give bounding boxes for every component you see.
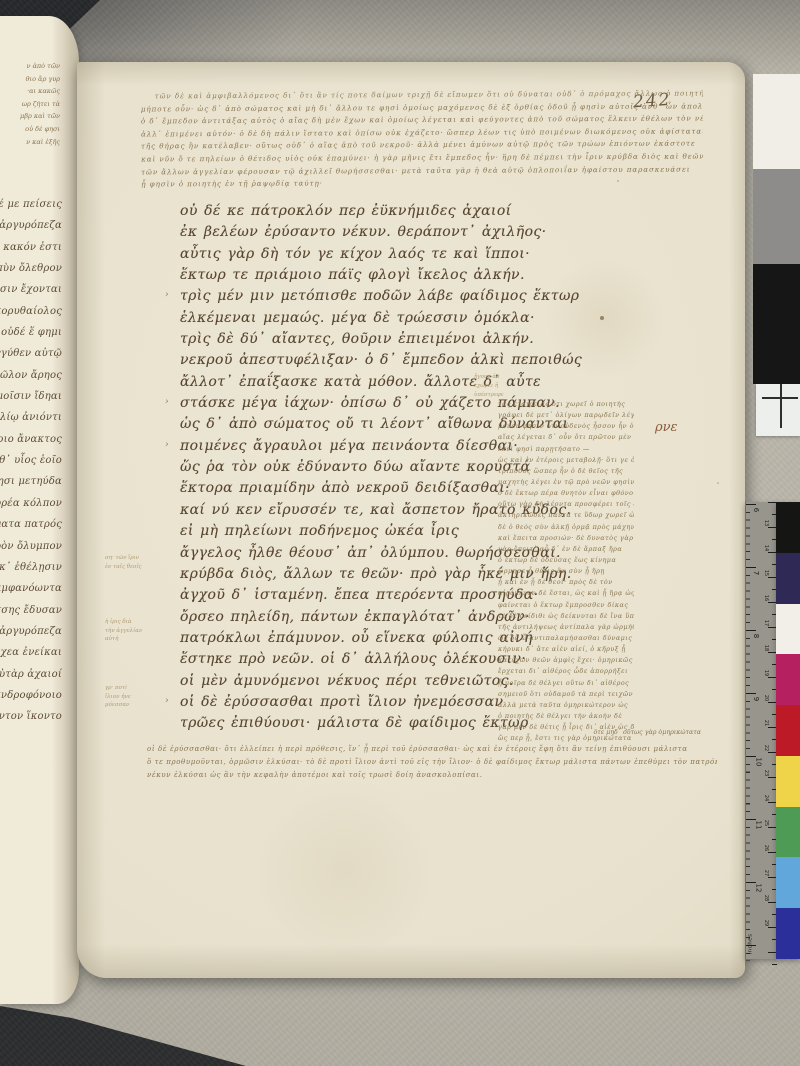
color-patch-magenta (776, 654, 800, 705)
color-calibration-bar (776, 502, 800, 959)
verse-line: ὥς ῥα τὸν οὐκ ἐδύναντο δύω αἴαντε κορυστ… (180, 457, 540, 478)
verse-line: εἰ μὴ πηλείωνι ποδήνεμος ὠκέα ἶρις (180, 521, 540, 542)
left-margin-gloss-2: ἡ ἶρις διὰτὴν ἀγγελίαναὐτή (105, 618, 167, 644)
diple-mark: › (165, 696, 169, 706)
right-scholia-line: ὡς καὶ ἐν ἑτέροις μεταβολῇ· ὅτι γε ὁ θεῖ… (498, 455, 634, 466)
verse-fragment-line: χνην αἴ κ᾽ ἐθέλῃσιν (0, 557, 62, 578)
ruler-cm-number: 25 (763, 820, 769, 826)
left-margin-gloss-3: γρ· ποτὶἴλιον ἠνεμόεσσαν (105, 684, 167, 710)
registration-target (756, 384, 800, 436)
color-patch-black (776, 502, 800, 553)
ruler-cm-number: 13 (763, 520, 769, 526)
ruler-cm-number: 18 (763, 645, 769, 651)
right-scholia-line: γράφει δὲ μετ᾽ ὀλίγων παρῳδεῖν λέγων (498, 410, 634, 421)
ruler-inch-number: 11 (754, 821, 762, 830)
right-scholia-line: ἐπεὶ φησὶ παρῃτήσατο — (498, 444, 634, 455)
ruler-cm-number: 14 (763, 545, 769, 551)
verse-fragment-line: περ· οὐδέ με πείσεις. (0, 194, 62, 215)
bottom-scholia-catchline: ὅτε μηδ᾽ οὕτως γὰρ ὁμηρικώτατα (525, 729, 701, 736)
right-margin-scholia: τὰς ἑταιρείας ὅτι χωρεῖ ὁ ποιητὴςγράφει … (498, 399, 634, 744)
verse-line: ὄρσεο πηλείδη, πάντων ἐκπαγλότατ᾽ ἀνδρῶν… (180, 607, 540, 628)
top-scholia-line: ᾗ φησὶν ὁ ποιητὴς ἐν τῇ ῥαψῳδίᾳ ταύτῃ· (141, 176, 703, 192)
right-scholia-line: γὰρ ἔπειτ᾽ αὖ δ᾽ ἐν δὲ ἅρπαξ ἥρα (498, 544, 634, 555)
margin-gloss-line: ἐν ταῖς θεοῖς (105, 563, 167, 572)
verse-fragment-line: φόνος ἐγγύθεν αὐτῷ (0, 343, 62, 364)
verse-line: ἕστηκε πρὸ νεῶν. οἱ δ᾽ ἀλλήλους ὀλέκουσι… (180, 649, 540, 670)
bottom-scholia-line: οἱ δὲ ἐρύσσασθαι· ὅτι ἐλλείπει ἡ περὶ πρ… (147, 743, 717, 756)
iliad-verse-block: οὐ δέ κε πάτροκλόν περ ἐϋκνήμιδες ἀχαιοί… (180, 201, 540, 735)
color-patch-dark-blue (776, 908, 800, 959)
right-scholia-line: ἀλλὰ μετὰ ταῦτα ὁμηρικώτερον ὡς (498, 700, 634, 711)
right-scholia-line: μαχητὴς λέγει ἐν τῷ πρὸ νεῶν φησὶν (498, 477, 634, 488)
ruler-unit-label: Inches (747, 934, 753, 955)
ruler-cm-number: 21 (763, 720, 769, 726)
right-scholia-line: ἀκτηρικῶδες πάντα τε ὕδωρ χωρεῖ ὡς (498, 510, 634, 521)
scholia-fragment-line: οὐ δέ φησι (0, 123, 60, 136)
margin-gloss-line: μόεσσαν (105, 701, 167, 710)
grayscale-step-black (753, 264, 800, 384)
right-scholia-line: αἰρόμενον δὲ ἔσται, ὡς καὶ ᾗ ἥρᾳ ὡς (498, 588, 634, 599)
diple-mark: › (165, 397, 169, 407)
scholia-fragment-line: ωρ ζήτει τὰ (0, 98, 60, 111)
verse-fragment-line: μεν αἰπὺν ὄλεθρον (0, 258, 62, 279)
verse-fragment-line: ται· οὐδέ ἕ φημι (0, 322, 62, 343)
verse-line: τρὶς δὲ δύ᾽ αἴαντες, θοῦριν ἐπιειμένοι ἀ… (180, 329, 540, 350)
verse-fragment-line: καὶ δώματα πατρός (0, 514, 62, 535)
verse-fragment-line: ἅμ᾽ ἠελίῳ ἀνιόντι (0, 407, 62, 428)
verse-line: κρύβδα διὸς, ἄλλων τε θεῶν· πρὸ γὰρ ἧκέ … (180, 564, 540, 585)
ruler-cm-number: 22 (763, 745, 769, 751)
margin-gloss-line: ἡ ἶρις διὰ (105, 618, 167, 627)
margin-gloss-line: τὴν ἀγγελίαν (105, 627, 167, 636)
margin-gloss-line: αὐτή (105, 635, 167, 644)
right-scholia-line: οὕτω γὰρ δὴ λέοντα προσφέρει τοῖς δ᾽ (498, 499, 634, 510)
right-scholia-line: μόνον φησὶν ὅτι οὐδενὸς ἧσσον ἦν ὁ (498, 421, 634, 432)
verse-fragment-line: θαλάσσης ἔδυσαν· (0, 600, 62, 621)
ruler-cm-number: 26 (763, 845, 769, 851)
verse-line: ἕκτορα πριαμίδην ἀπὸ νεκροῦ δειδίξασθαι· (180, 478, 540, 499)
right-scholia-line: ὁ ἕκτωρ δὲ ὀδεύσας ἕως κίνημα (498, 555, 634, 566)
manuscript-photo: ν ἀπὸ τῶνθιο ἄρ γυραι κακῶς·ωρ ζήτει τὰμ… (0, 0, 800, 1066)
right-scholia-line: κήρυκι δ᾽ ἅτε αἰὲν αἰεί, ὁ κῆρυξ ᾗ (498, 644, 634, 655)
right-scholia-line: ἔρχεται δι᾽ αἰθέρος ὧδε ἀπορρήξει (498, 666, 634, 677)
gloss-line: εχώρει ἢ (474, 382, 524, 391)
verse-fragment-line: μὲν κορυθαίολος (0, 301, 62, 322)
right-scholia-line: ὥρμησε ᾗ θέτις ἂν σὺν ᾗ ἥρῃ (498, 566, 634, 577)
verse-fragment-line: τεύχεα παμφανόωντα (0, 578, 62, 599)
verse-fragment-line: ιν τράπεθ᾽ υἷος ἑοῖο (0, 450, 62, 471)
verse-line: ἕκτωρ τε πριάμοιο πάϊς φλογὶ ἴκελος ἀλκή… (180, 265, 540, 286)
right-scholia-line: ὁ δὲ ἕκτωρ πέρα θνητὸν εἶναι φθόνος· (498, 488, 634, 499)
ruler-cm-number: 27 (763, 870, 769, 876)
gloss-line: ἤγουν ἀπ (474, 373, 524, 382)
right-scholia-line: κατέχων θεῶν ἀμφὶς ἔχει· ὁμηρικῶς (498, 655, 634, 666)
margin-gloss-line: ση· τῶν ἵριν (105, 554, 167, 563)
ruler-inch-number: 9 (752, 697, 760, 701)
ruler-inch-number: 8 (752, 634, 760, 638)
margin-gloss-line: γρ· ποτὶ (105, 684, 167, 693)
scholia-fragment-line: ν ἀπὸ τῶν (0, 60, 60, 73)
ruler-cm-number: 17 (763, 620, 769, 626)
color-patch-green (776, 807, 800, 858)
right-scholia-line: φαίνεται ὁ ἕκτωρ ἔμπροσθεν δίκας (498, 600, 634, 611)
right-scholia-line: δὲ ὁ θεὸς σὺν ἀλκῇ ὁρμᾷ πρὸς μάχην (498, 522, 634, 533)
scholia-fragment-line: μβρ καὶ τῶν (0, 110, 60, 123)
verse-fragment-line: ἕκτορος ἀνδροφόνοιο (0, 685, 62, 706)
photographic-ruler: Inches 678910111213141516171819202122232… (745, 502, 777, 959)
verse-fragment-line: θεὰ θέτις ἀργυρόπεζα· (0, 215, 62, 236)
verse-line: πατρόκλωι ἐπάμυνον. οὗ εἵνεκα φύλοπις αἰ… (180, 628, 540, 649)
backdrop-black-corner-bottom (0, 996, 250, 1066)
verse-fragment-line: ρ᾽ ἡφαίστοιο ἄνακτος (0, 429, 62, 450)
color-patch-light-blue (776, 857, 800, 908)
facing-page-verse-fragments: περ· οὐδέ με πείσεις.θεὰ θέτις ἀργυρόπεζ… (0, 194, 62, 728)
color-patch-yellow (776, 756, 800, 807)
right-scholia-line: ᾗ καὶ ἐν ᾗ δὲ θεοί· πρὸς δὲ τὸν (498, 577, 634, 588)
right-scholia-line: τὰς ἑταιρείας ὅτι χωρεῖ ὁ ποιητὴς (498, 399, 634, 410)
right-scholia-line: τῆς ἀντιλήψεως ἀντίπαλα γὰρ ὡρμήθη (498, 622, 634, 633)
right-scholia-line: σημειοῦ ὅτι οὐδαμοῦ τὰ περὶ τειχῶν (498, 689, 634, 700)
diple-mark: › (165, 440, 169, 450)
ruler-cm-number: 20 (763, 695, 769, 701)
verse-line: οὐ δέ κε πάτροκλόν περ ἐϋκνήμιδες ἀχαιοί (180, 201, 540, 222)
top-scholia-block: τῶν δὲ καὶ ἀμφιβαλλόμενος δι᾽ ὅτι ἂν τίς… (141, 88, 704, 192)
margin-gloss-line: ἴλιον ἠνε (105, 693, 167, 702)
scholia-fragment-line: αι κακῶς· (0, 85, 60, 98)
scholia-fragment-line: ν καὶ ἑξῆς (0, 136, 60, 149)
registration-cross-icon (780, 384, 782, 428)
color-patch-white (776, 604, 800, 655)
verse-fragment-line: ὀφθαλμοῖσιν ἴδηαι· (0, 386, 62, 407)
folio-number-greek: ρνε (655, 420, 678, 435)
grayscale-calibration-strip (753, 74, 800, 384)
verse-line: αὖτις γὰρ δὴ τόν γε κίχον λαός τε καὶ ἵπ… (180, 244, 540, 265)
verse-fragment-line: σης εὐρέα κόλπον (0, 493, 62, 514)
verse-line: οἱ μὲν ἀμυνόμενοι νέκυος πέρι τεθνειῶτος… (180, 671, 540, 692)
bottom-scholia-line: νέκυν ἑλκύσαι ὡς ἂν τὴν κεφαλὴν ἀποτέμοι… (147, 769, 717, 782)
right-scholia-line: ᾗ μοῖρα δὲ θέλγει οὕτω δι᾽ αἰθέρος (498, 678, 634, 689)
bottom-scholia-block: οἱ δὲ ἐρύσσασθαι· ὅτι ἐλλείπει ἡ περὶ πρ… (147, 743, 717, 781)
right-scholia-line: τρίποδος ὥσπερ ἦν ὁ δὲ θεῖος τῆς (498, 466, 634, 477)
verse-line: τρὶς μέν μιν μετόπισθε ποδῶν λάβε φαίδιμ… (180, 286, 540, 307)
right-scholia-line: ὡς δὲ ὦ ἀντιπαλαμήσασθαι δύναμις — (498, 633, 634, 644)
verse-line: τρῶες ἐπιθύουσι· μάλιστα δὲ φαίδιμος ἕκτ… (180, 713, 540, 734)
ruler-cm-number: 23 (763, 770, 769, 776)
grayscale-step-gray (753, 169, 800, 264)
verse-fragment-line: γνήτῃσι μετηύδα· (0, 471, 62, 492)
color-patch-red (776, 705, 800, 756)
ruler-cm-number: 28 (763, 895, 769, 901)
ink-speck (617, 180, 619, 182)
ruler-cm-number: 29 (763, 920, 769, 926)
ink-speck (600, 316, 604, 320)
verse-fragment-line: φέρον· αὐτὰρ ἀχαιοί (0, 664, 62, 685)
verse-line: ἑλκέμεναι μεμαώς. μέγα δὲ τρώεσσιν ὁμόκλ… (180, 308, 540, 329)
grayscale-step-white (753, 74, 800, 169)
manuscript-folio: 242 τῶν δὲ καὶ ἀμφιβαλλόμενος δι᾽ ὅτι ἂν… (77, 62, 745, 978)
facing-page-edge: ν ἀπὸ τῶνθιο ἄρ γυραι κακῶς·ωρ ζήτει τὰμ… (0, 16, 79, 1004)
verse-line: ἀγχοῦ δ᾽ ἱσταμένη. ἔπεα πτερόεντα προσηύ… (180, 585, 540, 606)
verse-line: νεκροῦ ἀπεστυφέλιξαν· ὁ δ᾽ ἔμπεδον ἀλκὶ … (180, 350, 540, 371)
verse-fragment-line: ἑλλήσποντον ἵκοντο. (0, 706, 62, 727)
right-scholia-line: καὶ ἔπειτα προσιών· δὲ δυνατὸς γὰρ ὁ (498, 533, 634, 544)
verse-line: ἐκ βελέων ἐρύσαντο νέκυν. θεράποντ᾽ ἀχιλ… (180, 222, 540, 243)
ruler-inch-number: 12 (754, 884, 762, 893)
verse-line: ὡς δ᾽ ἀπὸ σώματος οὔ τι λέοντ᾽ αἴθωνα δύ… (180, 414, 540, 435)
right-scholia-line: αἴας λέγεται δ᾽ οὖν ὅτι πρῶτον μὲν (498, 432, 634, 443)
verse-line: οἱ δὲ ἐρύσσασθαι προτὶ ἴλιον ἠνεμόεσσαν (180, 692, 540, 713)
scholia-fragment-line: θιο ἄρ γυρ (0, 73, 60, 86)
verse-fragment-line: κλυτὰ τεύχεα ἐνείκαι (0, 642, 62, 663)
ruler-cm-number: 16 (763, 595, 769, 601)
verse-line: καί νύ κεν εἴρυσσέν τε, καὶ ἄσπετον ἤρατ… (180, 500, 540, 521)
left-margin-gloss-1: ση· τῶν ἵρινἐν ταῖς θεοῖς (105, 554, 167, 571)
verse-fragment-line: τυμον, οὐ κακόν ἐστι (0, 237, 62, 258)
right-scholia-line: ὁ ποιητὴς δὲ θέλγει τὴν ἀκοὴν δὲ (498, 711, 634, 722)
ruler-cm-number: 19 (763, 670, 769, 676)
ruler-inch-number: 6 (752, 508, 760, 512)
interlinear-gloss: ἤγουν ἀπεχώρει ἢὑπέστρεφε (474, 373, 524, 400)
ink-speck (717, 482, 719, 484)
verse-fragment-line: θεὰ θέτις ἀργυρόπεζα (0, 621, 62, 642)
verse-line: ποιμένες ἄγραυλοι μέγα πεινάοντα δίεσθαι… (180, 436, 540, 457)
bottom-scholia-line: ὅ τε προθυμοῦνται, ὁρμῶσιν ἑλκύσαι· τὸ δ… (147, 756, 717, 769)
verse-fragment-line: σεο μῶλον ἄρηος (0, 365, 62, 386)
ruler-inch-number: 10 (754, 758, 762, 767)
ruler-cm-number: 24 (763, 795, 769, 801)
verse-fragment-line: ὰ τρώεσσιν ἔχονται (0, 279, 62, 300)
facing-page-scholia-fragments: ν ἀπὸ τῶνθιο ἄρ γυραι κακῶς·ωρ ζήτει τὰμ… (0, 60, 60, 148)
ruler-cm-number: 15 (763, 570, 769, 576)
color-patch-navy (776, 553, 800, 604)
diple-mark: › (165, 290, 169, 300)
verse-line: ἄγγελος ἦλθε θέουσ᾽ ἀπ᾽ ὀλύμπου. θωρήσσε… (180, 543, 540, 564)
verse-fragment-line: ἐς μακρὸν ὄλυμπον (0, 536, 62, 557)
ruler-inch-number: 7 (752, 571, 760, 575)
right-scholia-line: τὸ δὲ δείδιθι ὡς δείκνυται δὲ ἵνα ὕπο (498, 611, 634, 622)
